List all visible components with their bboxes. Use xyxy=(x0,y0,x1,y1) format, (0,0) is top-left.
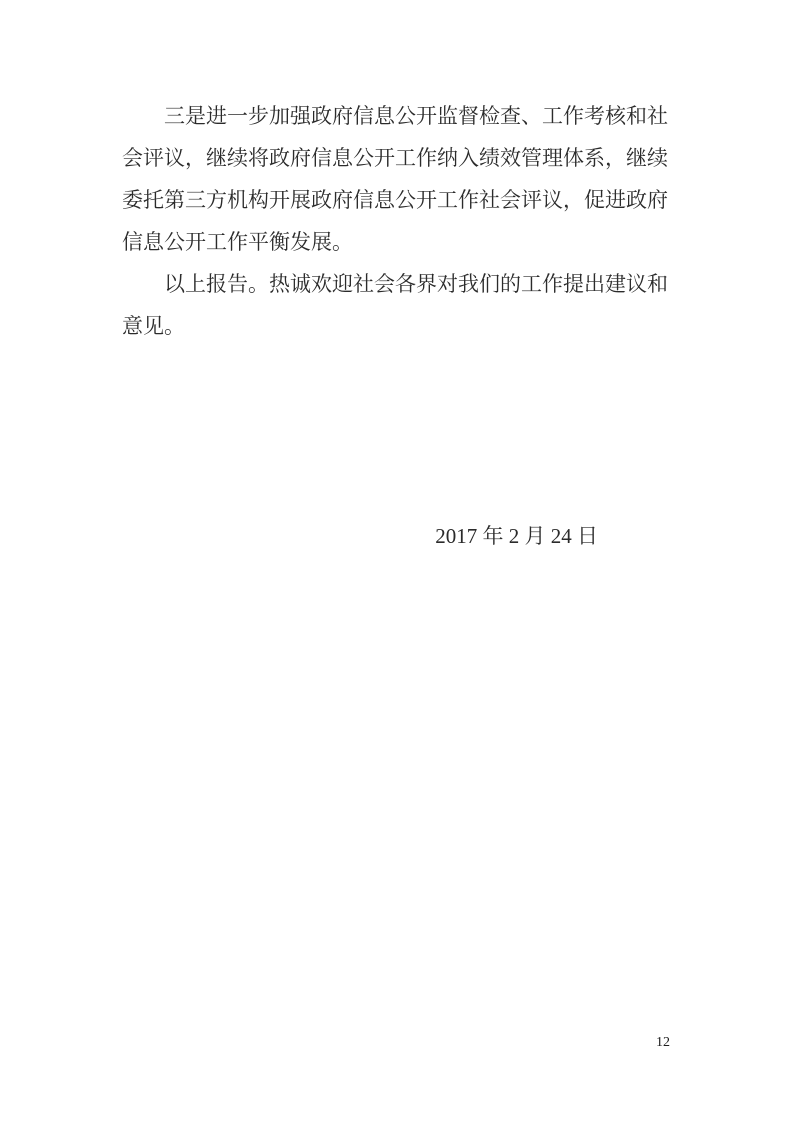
date-line: 2017 年 2 月 24 日 xyxy=(122,515,668,557)
paragraph-supervision-evaluation: 三是进一步加强政府信息公开监督检查、工作考核和社会评议，继续将政府信息公开工作纳… xyxy=(122,95,668,263)
page-number: 12 xyxy=(656,1034,670,1052)
paragraph-closing-remarks: 以上报告。热诚欢迎社会各界对我们的工作提出建议和意见。 xyxy=(122,263,668,347)
document-page: 三是进一步加强政府信息公开监督检查、工作考核和社会评议，继续将政府信息公开工作纳… xyxy=(0,0,793,1122)
document-body: 三是进一步加强政府信息公开监督检查、工作考核和社会评议，继续将政府信息公开工作纳… xyxy=(122,95,668,557)
